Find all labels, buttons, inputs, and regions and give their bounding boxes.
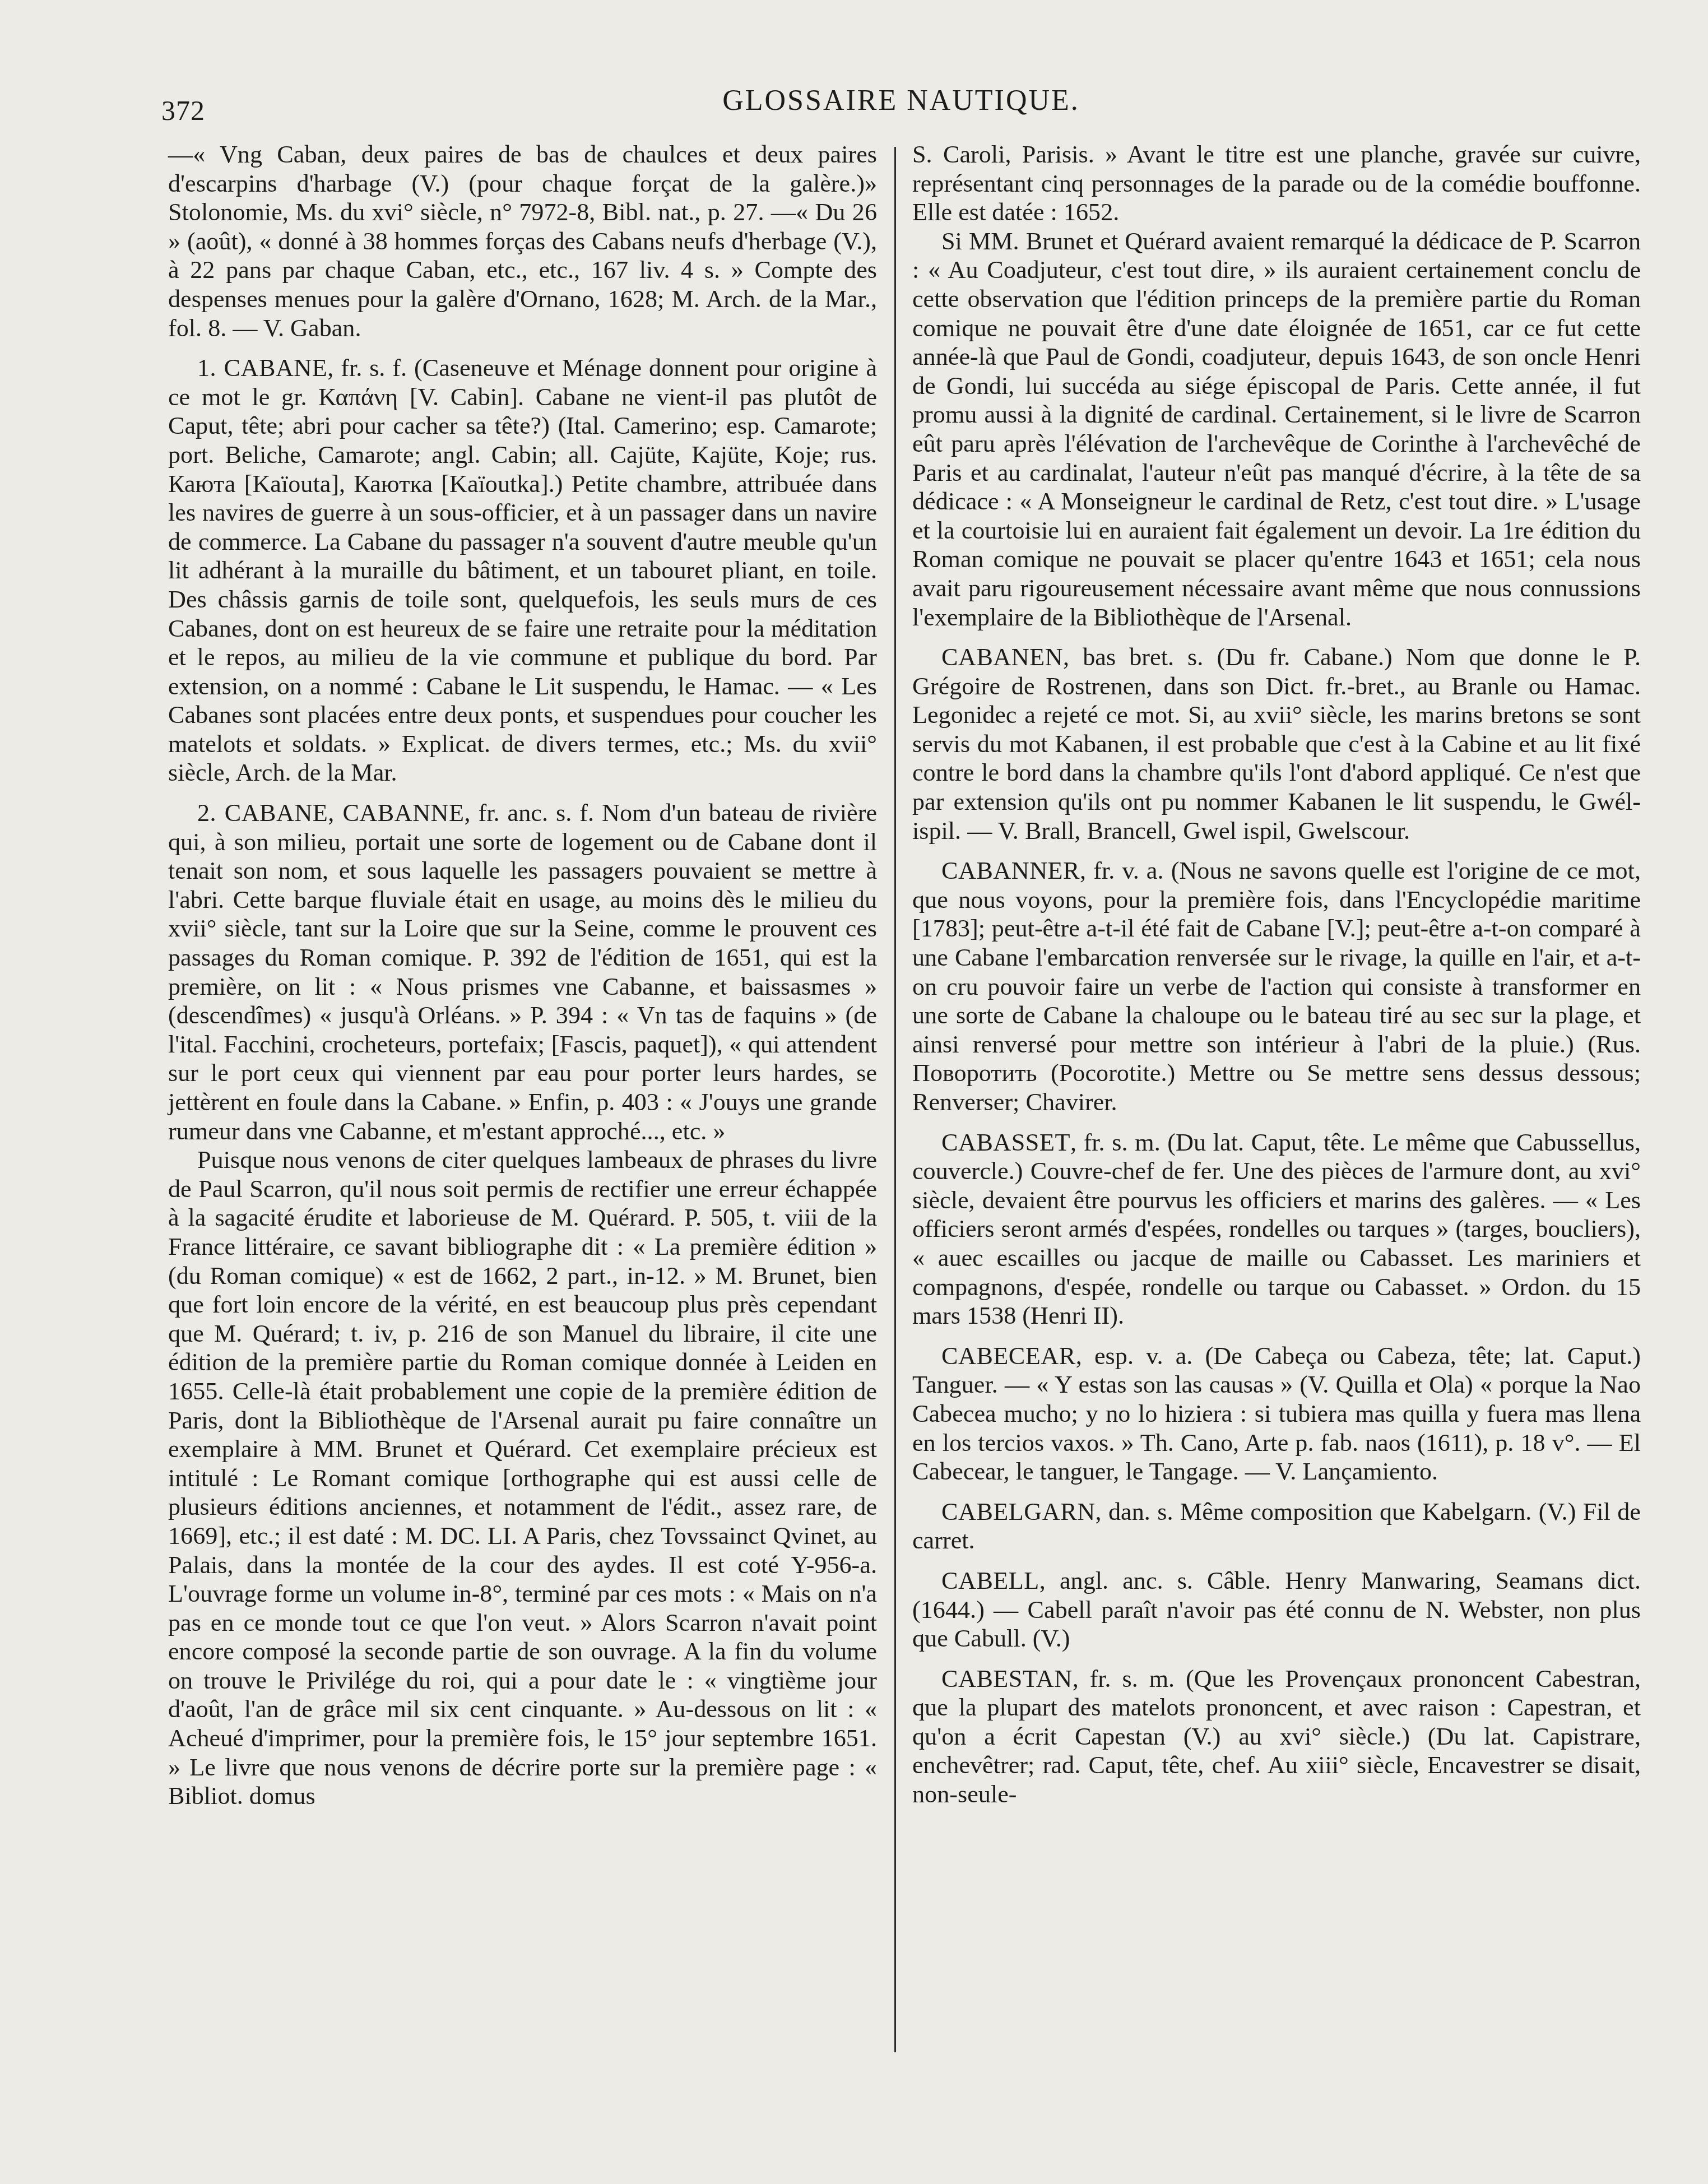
headword: CABESTAN <box>941 1665 1073 1693</box>
paragraph: Puisque nous venons de citer quelques la… <box>168 1146 877 1811</box>
headword: CABELL <box>941 1567 1039 1594</box>
column-divider <box>894 147 896 2052</box>
continuation-text: —« Vng Caban, deux paires de bas de chau… <box>168 140 877 342</box>
dictionary-entry: CABELL, angl. anc. s. Câble. Henry Manwa… <box>912 1566 1641 1653</box>
entry-body: , fr. s. f. (Caseneuve et Ménage donnent… <box>168 354 877 786</box>
dictionary-entry: CABANNER, fr. v. a. (Nous ne savons quel… <box>912 856 1641 1116</box>
entry-body: , bas bret. s. (Du fr. Cabane.) Nom que … <box>912 643 1641 845</box>
dictionary-entry: CABANEN, bas bret. s. (Du fr. Cabane.) N… <box>912 643 1641 845</box>
right-column: S. Caroli, Parisis. » Avant le titre est… <box>912 140 1641 1809</box>
entry-body: , fr. v. a. (Nous ne savons quelle est l… <box>912 857 1641 1116</box>
dictionary-entry: 1. CABANE, fr. s. f. (Caseneuve et Ménag… <box>168 354 877 787</box>
dictionary-entry: CABASSET, fr. s. m. (Du lat. Caput, tête… <box>912 1128 1641 1330</box>
headword: 2. CABANE, CABANNE <box>197 799 464 827</box>
headword: CABANEN <box>941 643 1063 671</box>
headword: CABASSET <box>941 1129 1070 1156</box>
headword: CABANNER <box>941 857 1080 884</box>
dictionary-entry: 2. CABANE, CABANNE, fr. anc. s. f. Nom d… <box>168 799 877 1146</box>
left-column: —« Vng Caban, deux paires de bas de chau… <box>168 140 877 1811</box>
dictionary-entry: CABESTAN, fr. s. m. (Que les Provençaux … <box>912 1664 1641 1809</box>
continuation-text: S. Caroli, Parisis. » Avant le titre est… <box>912 140 1641 227</box>
entry-body: , fr. s. m. (Du lat. Caput, tête. Le mêm… <box>912 1129 1641 1330</box>
entry-body: , fr. anc. s. f. Nom d'un bateau de rivi… <box>168 799 877 1145</box>
dictionary-entry: CABECEAR, esp. v. a. (De Cabeça ou Cabez… <box>912 1342 1641 1486</box>
headword: 1. CABANE <box>197 354 327 382</box>
headword: CABELGARN <box>941 1498 1096 1525</box>
paragraph: Si MM. Brunet et Quérard avaient remarqu… <box>912 227 1641 632</box>
running-title: GLOSSAIRE NAUTIQUE. <box>161 84 1641 117</box>
headword: CABECEAR <box>941 1342 1076 1370</box>
page-header: 372 GLOSSAIRE NAUTIQUE. <box>161 84 1641 129</box>
dictionary-entry: CABELGARN, dan. s. Même composition que … <box>912 1497 1641 1555</box>
